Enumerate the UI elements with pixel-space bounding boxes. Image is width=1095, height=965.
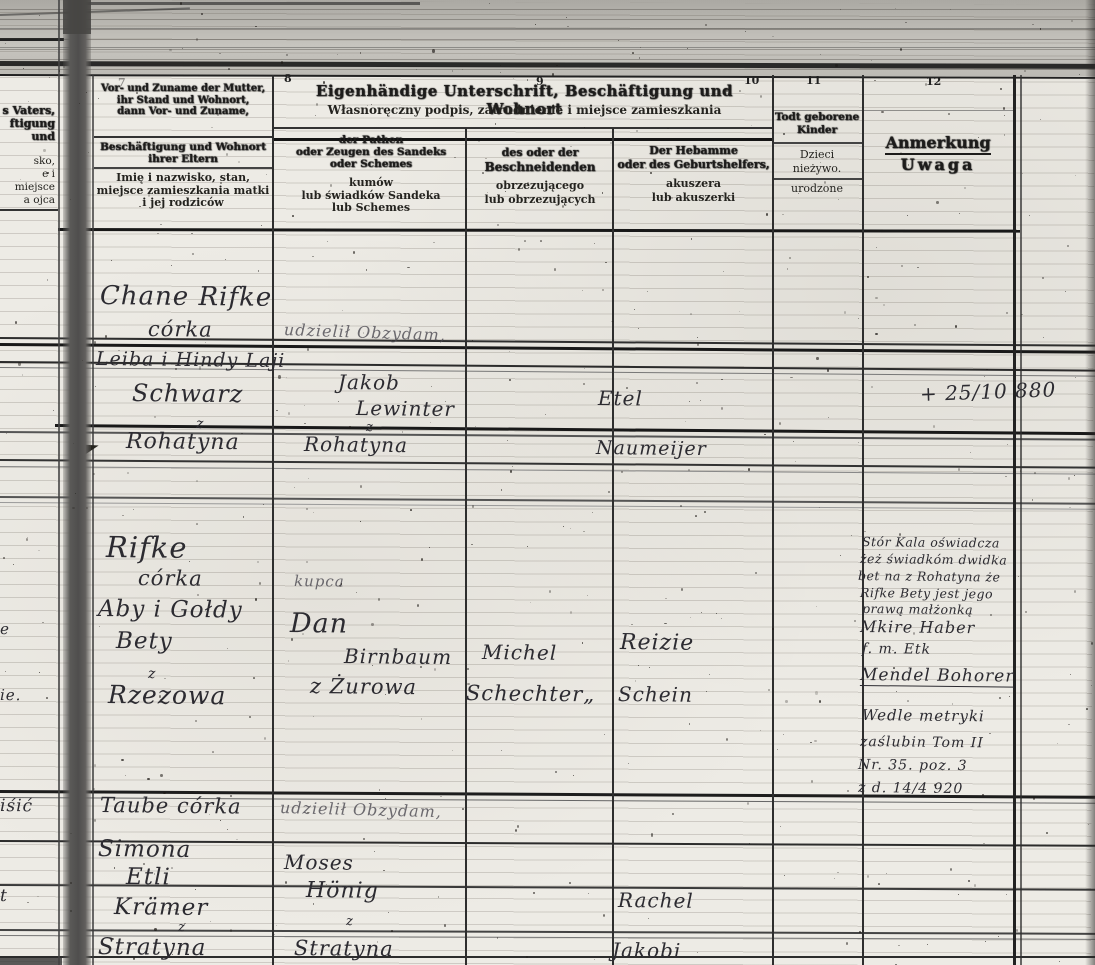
hw-remark-note: Mendel Bohorer	[860, 665, 1015, 688]
book-spine-top	[63, 0, 91, 34]
header-line-text: sko,	[0, 155, 55, 168]
hw-midwife: Reizie	[620, 630, 695, 656]
header-line-text: Vor- und Zuname der Mutter,	[94, 83, 272, 95]
scan-line	[0, 47, 1095, 48]
col7-header-german2: Beschäftigung und Wohnort ihrer Eltern	[94, 141, 272, 165]
hw-margin-fragment: iśić	[0, 796, 33, 816]
column-line	[1020, 75, 1022, 965]
hw-witness: Stratyna	[294, 936, 394, 961]
register-page: 7 8 9 10 11 12 s Vaters, ftigung und sko…	[0, 0, 1095, 965]
hw-mother: Leiba i Hindy Laji	[96, 348, 286, 372]
header-line-text: Todt geborene	[774, 111, 860, 124]
header-line-text: urodzone	[774, 182, 860, 195]
header-line	[94, 136, 272, 138]
hw-mother: Krämer	[114, 894, 209, 921]
hw-margin-fragment: e	[0, 620, 10, 638]
hw-mother: córka	[138, 566, 203, 591]
hw-remark-note: f. m. Etk	[862, 641, 931, 658]
header-line-text: Własnoręczny podpis, zatrudnienie i miej…	[279, 103, 770, 117]
col8-header-polish: kumów lub świadków Sandeka lub Schemes	[279, 177, 463, 215]
hw-remark-note: Mkire Haber	[860, 617, 975, 637]
hw-witness: Rohatyna	[304, 432, 408, 457]
hw-mother: Rifke	[106, 530, 188, 565]
hw-mohel: Schechter„	[466, 681, 595, 706]
header-line-text: i jej rodziców	[94, 197, 272, 210]
column-line	[772, 75, 774, 965]
book-spine-shadow	[63, 0, 91, 965]
hw-midwife: Etel	[598, 386, 643, 410]
hw-witness: z	[346, 914, 354, 929]
hw-midwife: Rachel	[618, 888, 694, 913]
column-line	[612, 128, 614, 965]
col12-header-polish: Uwaga	[864, 155, 1012, 174]
hw-remark: + 25/10 880	[920, 377, 1057, 406]
header-line-text: lub Schemes	[279, 202, 463, 215]
left-partial-header: s Vaters, ftigung und	[0, 104, 55, 143]
hw-mother: córka	[148, 317, 213, 342]
page-right-edge	[1085, 0, 1095, 965]
hw-remark-note: Wedle metryki	[862, 706, 985, 725]
hw-witness: Moses	[284, 850, 354, 875]
hw-remark-note: Nr. 35. poz. 3	[858, 757, 968, 774]
hw-margin-fragment: ie.	[0, 686, 22, 704]
col11-header-polish2: urodzone	[774, 182, 860, 195]
hw-witness: Lewinter	[356, 396, 455, 421]
col8-header-german: der Pathen oder Zeugen des Sandeks oder …	[279, 134, 463, 170]
header-line-text: e i miejsce	[0, 168, 55, 194]
hw-mohel: Michel	[482, 640, 557, 665]
header-line	[272, 127, 772, 129]
hw-mother: Rzezowa	[108, 680, 227, 710]
header-line-text: s Vaters,	[0, 104, 55, 117]
col10-header-polish: akuszera lub akuszerki	[617, 177, 770, 204]
hw-mother: Rohatyna	[126, 429, 240, 455]
scan-streak	[80, 2, 420, 5]
hw-mother: Etli	[126, 864, 171, 890]
header-line-text: oder Schemes	[279, 158, 463, 170]
col9-header-german: des oder der Beschneidenden	[467, 146, 613, 175]
column-line	[1013, 75, 1016, 965]
header-line-text: Imię i nazwisko, stan,	[94, 172, 272, 185]
span-header-polish: Własnoręczny podpis, zatrudnienie i miej…	[279, 103, 770, 117]
hw-mother: Stratyna	[98, 934, 207, 961]
hw-mother: Taube córka	[100, 793, 242, 818]
header-line-text: a ojca	[0, 194, 55, 207]
hw-witness-note: udzielił Obzydam,	[280, 798, 442, 821]
hw-remark-note: Stór Kala oświadcza	[862, 534, 1000, 550]
header-bottom-line	[58, 228, 1020, 233]
header-line-text: ftigung und	[0, 117, 55, 143]
hw-mother: Simona	[98, 836, 192, 863]
hw-margin-fragment: t	[0, 886, 8, 906]
hw-midwife: Jakobi	[612, 938, 682, 963]
hw-witness: Dan	[290, 608, 348, 640]
hw-remark-note: zaślubin Tom II	[860, 734, 984, 751]
scan-line	[0, 28, 1095, 29]
col7-header-polish: Imię i nazwisko, stan, miejsce zamieszka…	[94, 172, 272, 210]
col11-header-polish: Dzieci nieżywo.	[774, 148, 860, 176]
hw-mother: Bety	[116, 628, 173, 655]
header-line-text: des oder der	[467, 146, 613, 160]
hw-remark-note: bet na z Rohatyna że	[858, 568, 1001, 584]
header-line-text: oder Zeugen des Sandeks	[279, 146, 463, 158]
header-line-text: lub akuszerki	[617, 191, 770, 205]
header-line	[94, 167, 272, 169]
header-line-text: oder des Geburtshelfers,	[617, 158, 770, 172]
header-line-text: Der Hebamme	[617, 144, 770, 158]
header-line-text: dann Vor- und Zuname,	[94, 106, 272, 118]
header-line-text: Anmerkung	[885, 133, 990, 155]
column-number-11: 11	[806, 74, 821, 87]
hw-mother: z	[178, 920, 186, 935]
col10-header-german: Der Hebamme oder des Geburtshelfers,	[617, 144, 770, 172]
header-bottom-left	[0, 209, 58, 211]
header-line-text: ihr Stand und Wohnort,	[94, 95, 272, 107]
col7-header-german: Vor- und Zuname der Mutter, ihr Stand un…	[94, 83, 272, 118]
hw-witness: Birnbaum	[344, 644, 452, 669]
header-line-text: ihrer Eltern	[94, 153, 272, 165]
header-line-text: der Pathen	[279, 134, 463, 146]
column-line	[862, 75, 864, 965]
column-line	[58, 0, 60, 965]
hw-witness: Hönig	[306, 878, 379, 904]
col9-header-polish: obrzezującego lub obrzezujących	[467, 179, 613, 206]
header-line-text: Uwaga	[864, 155, 1012, 174]
header-line-text: akuszera	[617, 177, 770, 191]
header-line	[772, 142, 862, 144]
scan-streak	[0, 38, 64, 41]
column-number-12: 12	[926, 75, 941, 88]
hw-mother: Aby i Gołdy	[98, 596, 243, 624]
header-line-text: obrzezującego	[467, 179, 613, 193]
header-line-text: Beschäftigung und Wohnort	[94, 141, 272, 153]
header-line	[772, 178, 862, 180]
header-line-text: Kinder	[774, 124, 860, 137]
header-line-text: Dzieci	[774, 148, 860, 162]
hw-mother: Schwarz	[132, 379, 244, 408]
hw-remark-note: prawą małżonką	[862, 601, 973, 617]
header-line-text: kumów	[279, 177, 463, 190]
col12-header-german: Anmerkung	[864, 133, 1012, 155]
bottom-left-smudge	[0, 958, 62, 965]
hw-witness: z Żurowa	[310, 674, 417, 699]
header-line-text: nieżywo.	[774, 162, 860, 176]
hw-witness: Jakob	[338, 370, 400, 395]
hw-witness: kupca	[294, 572, 345, 591]
left-partial-header-pl: sko, e i miejsce a ojca	[0, 155, 55, 207]
column-line	[272, 75, 274, 965]
column-line	[465, 128, 467, 965]
hw-remark-note: z d. 14/4 920	[858, 780, 963, 797]
hw-midwife: Schein	[618, 682, 693, 707]
hw-midwife: Naumeijer	[596, 437, 707, 460]
col11-header-german: Todt geborene Kinder	[774, 111, 860, 137]
hw-remark-note: żeż świadkóm dwidka	[860, 551, 1007, 568]
header-line-text: Beschneidenden	[467, 160, 613, 175]
hw-mother: Chane Rifke	[100, 281, 273, 313]
header-line-text: lub obrzezujących	[467, 193, 613, 207]
hw-remark-note: Rifke Bety jest jego	[860, 585, 993, 601]
